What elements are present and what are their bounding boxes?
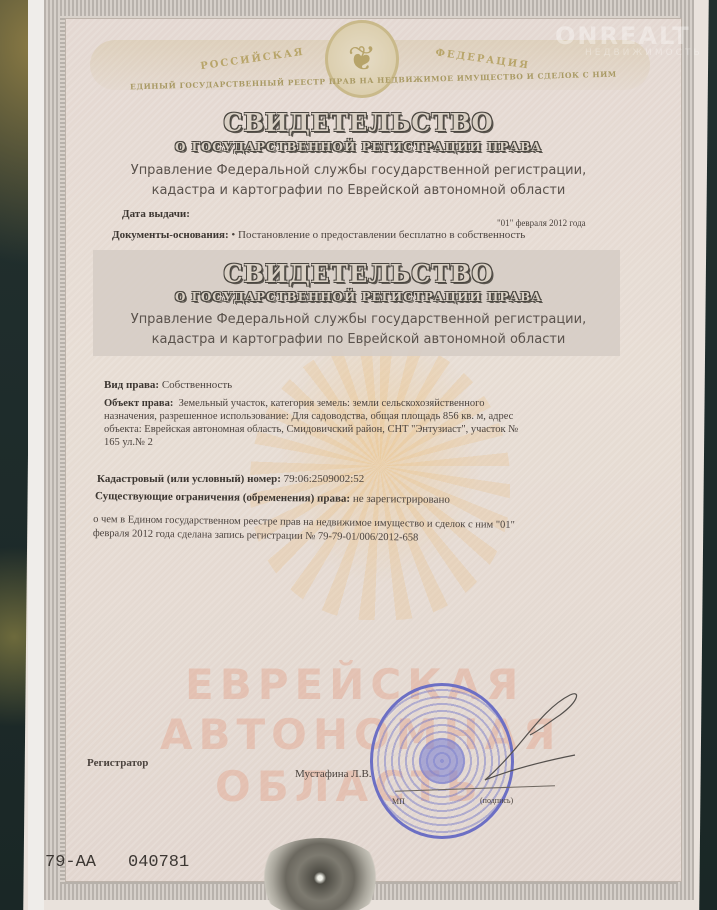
certificate-subtitle: О ГОСУДАРСТВЕННОЙ РЕГИСТРАЦИИ ПРАВА	[0, 140, 717, 154]
issuer-line-1: Управление Федеральной службы государств…	[0, 161, 717, 181]
issue-date-value: "01" февраля 2012 года	[497, 218, 586, 228]
object-block: Объект права: Земельный участок, категор…	[104, 397, 619, 449]
issue-date-label: Дата выдачи:	[122, 208, 190, 220]
coat-of-arms-icon: ❦	[325, 20, 399, 98]
signature-caption: (подпись)	[480, 796, 513, 805]
issuer-name: Управление Федеральной службы государств…	[0, 161, 717, 201]
issuer-line-2: кадастра и картографии по Еврейской авто…	[0, 181, 717, 201]
registrar-name: Мустафина Л.В.	[295, 768, 372, 780]
overlay-issuer: Управление Федеральной службы государств…	[0, 310, 717, 350]
basis-row: Документы-основания: • Постановление о п…	[112, 229, 525, 241]
registrar-label: Регистратор	[87, 757, 148, 769]
overlay-subtitle: О ГОСУДАРСТВЕННОЙ РЕГИСТРАЦИИ ПРАВА	[0, 290, 717, 304]
stamp-mark: МП	[392, 797, 405, 806]
certificate-title: СВИДЕТЕЛЬСТВО	[0, 108, 717, 137]
site-watermark: ONREALT	[555, 22, 691, 50]
cadastral-row: Кадастровый (или условный) номер: 79:06:…	[97, 473, 364, 485]
overlay-title: СВИДЕТЕЛЬСТВО	[0, 259, 717, 288]
right-type-row: Вид права: Собственность	[104, 379, 232, 391]
signature-icon	[480, 690, 620, 810]
site-watermark-sub: НЕДВИЖИМОСТЬ	[585, 48, 703, 58]
blank-series: 79-АА	[45, 853, 96, 872]
registry-record: о чем в Едином государственном реестре п…	[93, 513, 515, 547]
blank-number: 040781	[128, 853, 189, 872]
security-rosette-icon	[255, 838, 385, 910]
